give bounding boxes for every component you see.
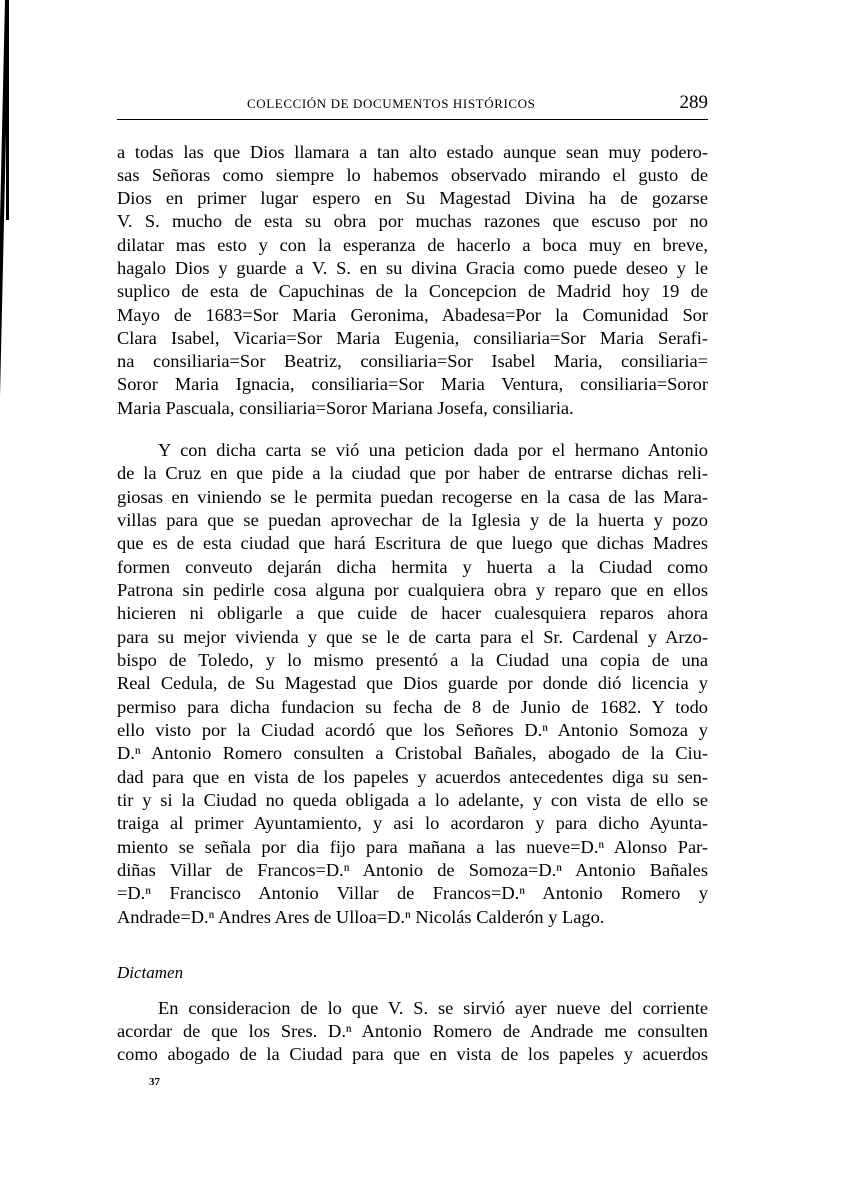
text-line: bispo de Toledo, y lo mismo presentó a l… xyxy=(117,649,708,671)
text-line: Y con dicha carta se vió una peticion da… xyxy=(158,439,708,461)
section-heading-dictamen: Dictamen xyxy=(117,963,183,983)
text-line: Clara Isabel, Vicaria=Sor Maria Eugenia,… xyxy=(117,327,708,349)
text-line: acordar de que los Sres. D.ⁿ Antonio Rom… xyxy=(117,1020,708,1042)
text-line: Andrade=D.ⁿ Andres Ares de Ulloa=D.ⁿ Nic… xyxy=(117,906,708,928)
text-line: =D.ⁿ Francisco Antonio Villar de Francos… xyxy=(117,882,708,904)
text-line: formen conveuto dejarán dicha hermita y … xyxy=(117,556,708,578)
text-line: ello visto por la Ciudad acordó que los … xyxy=(117,719,708,741)
text-line: miento se señala por dia fijo para mañan… xyxy=(117,836,708,858)
text-line: Dios en primer lugar espero en Su Magest… xyxy=(117,187,708,209)
text-line: diñas Villar de Francos=D.ⁿ Antonio de S… xyxy=(117,859,708,881)
text-line: de la Cruz en que pide a la ciudad que p… xyxy=(117,462,708,484)
signature-mark: 37 xyxy=(149,1076,160,1088)
text-line: En consideracion de lo que V. S. se sirv… xyxy=(158,997,708,1019)
running-title: Colección de documentos históricos xyxy=(247,96,535,112)
text-line: D.ⁿ Antonio Romero consulten a Cristobal… xyxy=(117,742,708,764)
text-line: Patrona sin pedirle cosa alguna por cual… xyxy=(117,579,708,601)
text-line: como abogado de la Ciudad para que en vi… xyxy=(117,1043,708,1065)
running-head: Colección de documentos históricos 289 xyxy=(117,92,708,118)
text-line: giosas en viniendo se le permita puedan … xyxy=(117,486,708,508)
text-line: traiga al primer Ayuntamiento, y asi lo … xyxy=(117,812,708,834)
text-line: suplico de esta de Capuchinas de la Conc… xyxy=(117,280,708,302)
text-line: dilatar mas esto y con la esperanza de h… xyxy=(117,234,708,256)
page-number: 289 xyxy=(680,92,709,114)
text-line: hicieren ni obligarle a que cuide de hac… xyxy=(117,602,708,624)
text-line: hagalo Dios y guarde a V. S. en su divin… xyxy=(117,257,708,279)
text-line: sas Señoras como siempre lo habemos obse… xyxy=(117,164,708,186)
text-line: tir y si la Ciudad no queda obligada a l… xyxy=(117,789,708,811)
text-line: V. S. mucho de esta su obra por muchas r… xyxy=(117,210,708,232)
header-rule xyxy=(117,119,708,120)
scan-binding-edge-upper xyxy=(6,0,9,220)
text-line: Real Cedula, de Su Magestad que Dios gua… xyxy=(117,672,708,694)
text-line: dad para que en vista de los papeles y a… xyxy=(117,766,708,788)
text-line: Soror Maria Ignacia, consiliaria=Sor Mar… xyxy=(117,373,708,395)
text-line: villas para que se puedan aprovechar de … xyxy=(117,509,708,531)
text-line: que es de esta ciudad que hará Escritura… xyxy=(117,532,708,554)
text-line: para su mejor vivienda y que se le de ca… xyxy=(117,626,708,648)
text-line: permiso para dicha fundacion su fecha de… xyxy=(117,696,708,718)
text-line: a todas las que Dios llamara a tan alto … xyxy=(117,141,708,163)
text-line: Maria Pascuala, consiliaria=Soror Marian… xyxy=(117,397,708,419)
text-line: na consiliaria=Sor Beatriz, consiliaria=… xyxy=(117,350,708,372)
text-line: Mayo de 1683=Sor Maria Geronima, Abadesa… xyxy=(117,304,708,326)
